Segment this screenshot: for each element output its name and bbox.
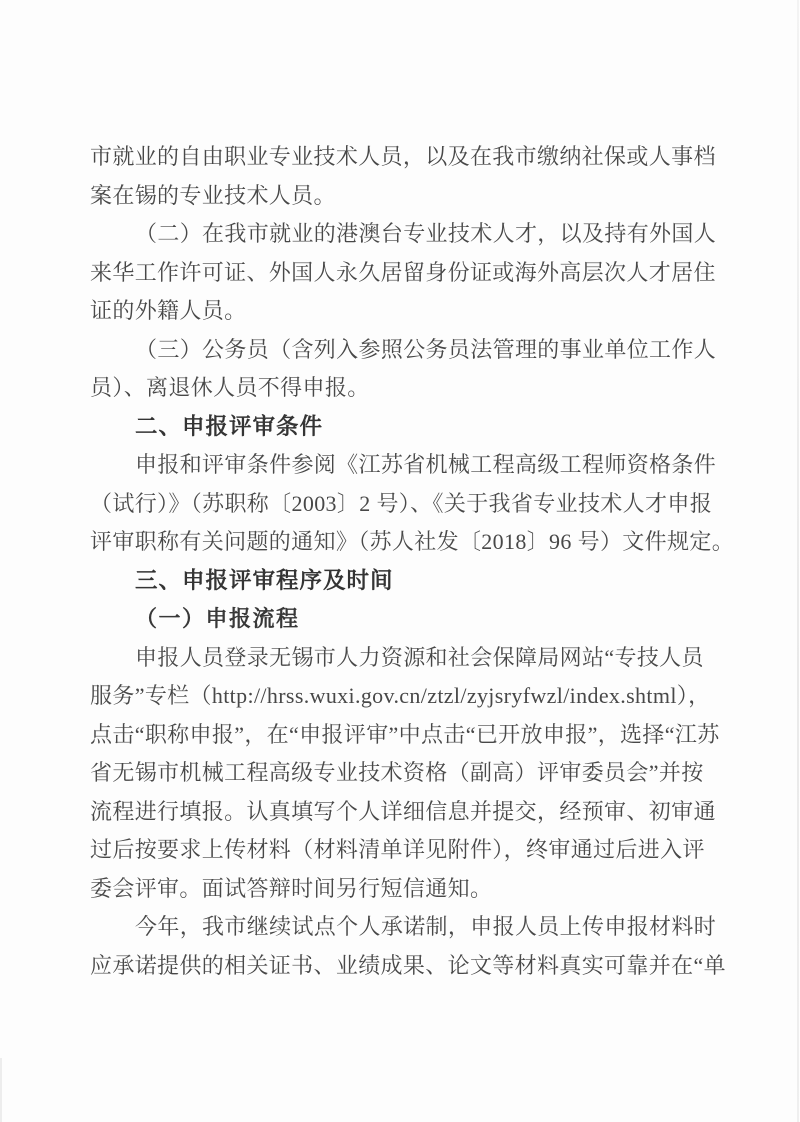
- section-3-heading: 三、申报评审程序及时间: [90, 562, 716, 601]
- scan-edge-right: [797, 0, 799, 1122]
- body-line: 评审职称有关问题的通知》（苏人社发〔2018〕96 号）文件规定。: [90, 523, 716, 562]
- body-line: 应承诺提供的相关证书、业绩成果、论文等材料真实可靠并在“单: [90, 947, 716, 986]
- body-line: （试行）》（苏职称〔2003〕2 号）、《关于我省专业技术人才申报: [90, 485, 716, 524]
- body-line: 案在锡的专业技术人员。: [90, 177, 716, 216]
- body-line: 员）、离退休人员不得申报。: [90, 369, 716, 408]
- body-line: （二）在我市就业的港澳台专业技术人才，以及持有外国人: [90, 215, 716, 254]
- scan-edge-bottom-left: [0, 1058, 2, 1122]
- body-line: 过后按要求上传材料（材料清单详见附件），终审通过后进入评: [90, 831, 716, 870]
- body-line: 点击“职称申报”，在“申报评审”中点击“已开放申报”，选择“江苏: [90, 716, 716, 755]
- body-line: 委会评审。面试答辩时间另行短信通知。: [90, 870, 716, 909]
- body-line: 今年，我市继续试点个人承诺制，申报人员上传申报材料时: [90, 908, 716, 947]
- body-line: 申报人员登录无锡市人力资源和社会保障局网站“专技人员: [90, 639, 716, 678]
- body-line-with-url: 服务”专栏（http://hrss.wuxi.gov.cn/ztzl/zyjsr…: [90, 677, 716, 716]
- body-line: （三）公务员（含列入参照公务员法管理的事业单位工作人: [90, 331, 716, 370]
- body-line: 证的外籍人员。: [90, 292, 716, 331]
- document-page: 市就业的自由职业专业技术人员，以及在我市缴纳社保或人事档 案在锡的专业技术人员。…: [0, 0, 800, 1122]
- body-line: 流程进行填报。认真填写个人详细信息并提交，经预审、初审通: [90, 793, 716, 832]
- body-line: 市就业的自由职业专业技术人员，以及在我市缴纳社保或人事档: [90, 138, 716, 177]
- body-line: 申报和评审条件参阅《江苏省机械工程高级工程师资格条件: [90, 446, 716, 485]
- section-2-heading: 二、申报评审条件: [90, 408, 716, 447]
- body-line: 来华工作许可证、外国人永久居留身份证或海外高层次人才居住: [90, 254, 716, 293]
- body-line: 省无锡市机械工程高级专业技术资格（副高）评审委员会”并按: [90, 754, 716, 793]
- subsection-3-1-heading: （一）申报流程: [90, 600, 716, 639]
- document-text-block: 市就业的自由职业专业技术人员，以及在我市缴纳社保或人事档 案在锡的专业技术人员。…: [90, 138, 716, 985]
